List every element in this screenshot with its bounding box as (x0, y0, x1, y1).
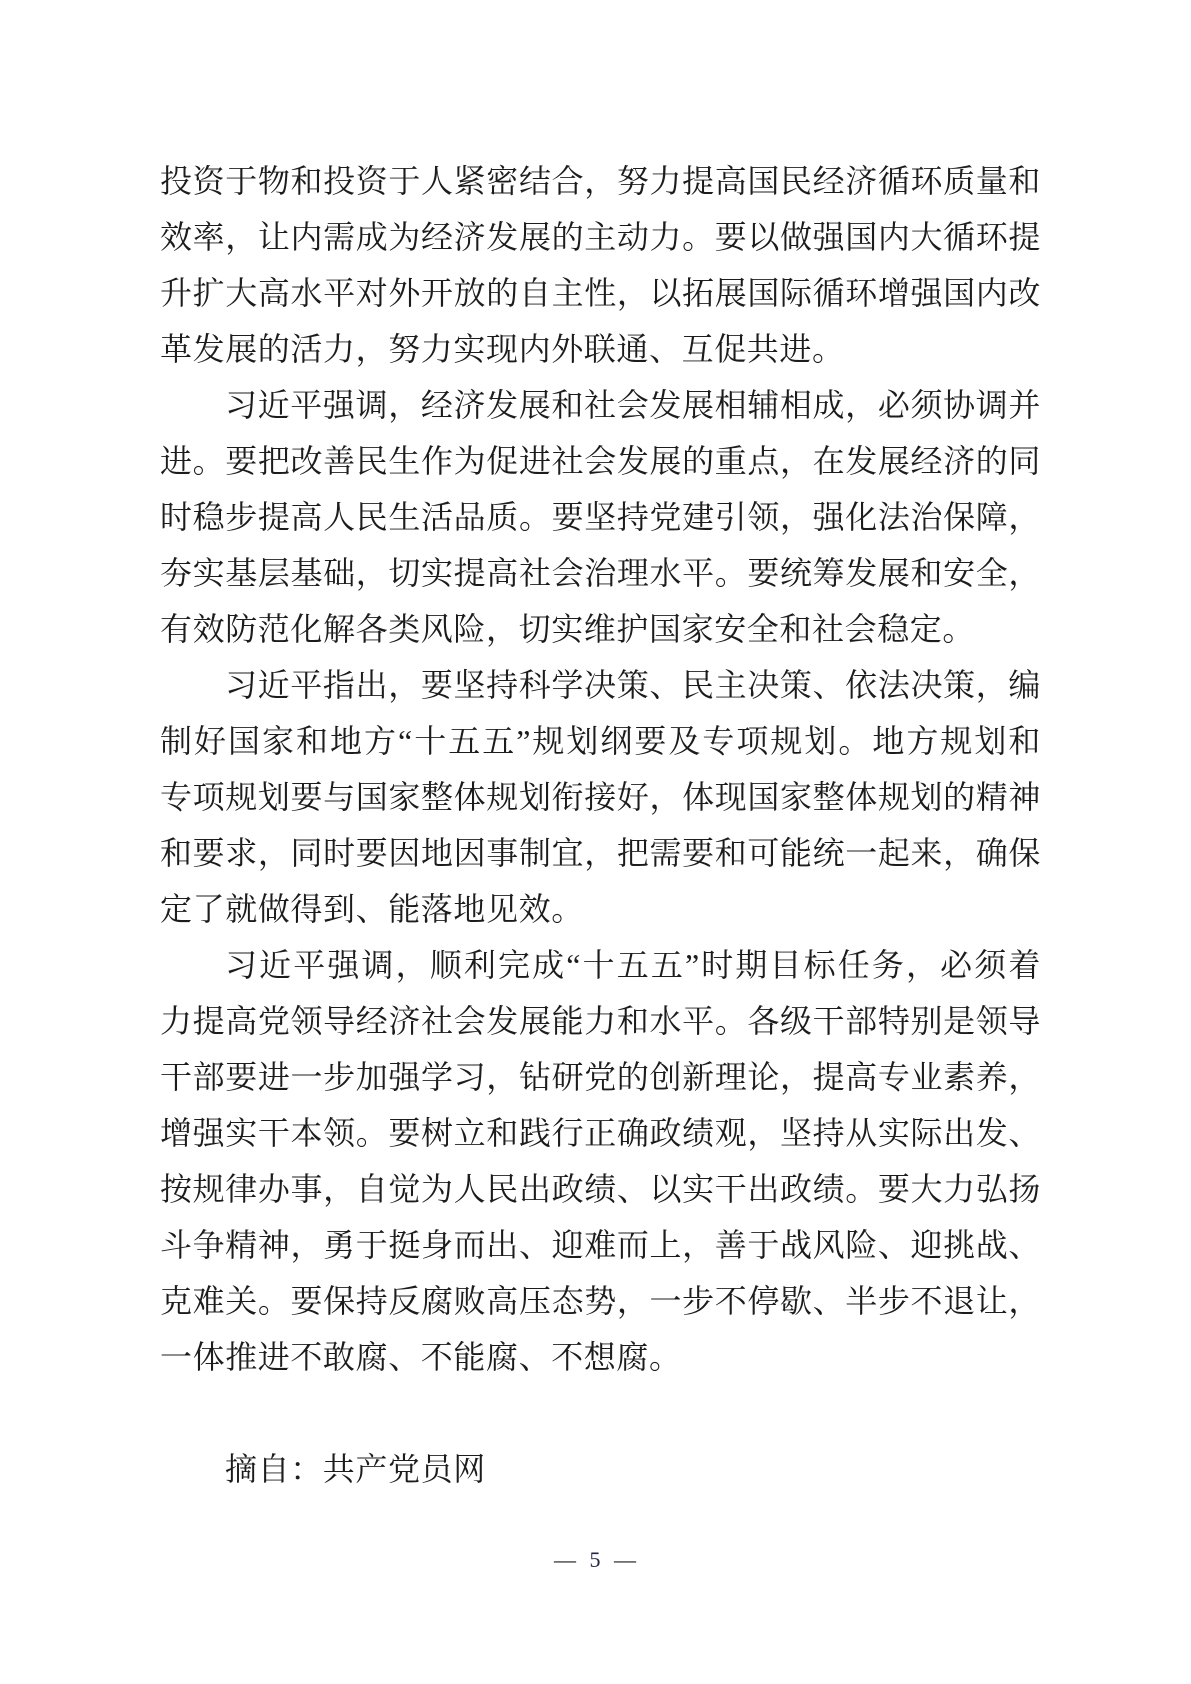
text-line: 和要求，同时要因地因事制宜，把需要和可能统一起来，确保 (160, 825, 1041, 881)
text-line: 按规律办事，自觉为人民出政绩、以实干出政绩。要大力弘扬 (160, 1161, 1041, 1217)
text-line: 有效防范化解各类风险，切实维护国家安全和社会稳定。 (160, 601, 1041, 657)
page-number: — 5 — (0, 1545, 1191, 1575)
text-line: 定了就做得到、能落地见效。 (160, 881, 1041, 937)
text-line: 增强实干本领。要树立和践行正确政绩观，坚持从实际出发、 (160, 1105, 1041, 1161)
text-line: 习近平指出，要坚持科学决策、民主决策、依法决策，编 (160, 657, 1041, 713)
document-body: 投资于物和投资于人紧密结合，努力提高国民经济循环质量和 效率，让内需成为经济发展… (160, 153, 1041, 1497)
attribution-line: 摘自：共产党员网 (160, 1441, 1041, 1497)
text-line: 进。要把改善民生作为促进社会发展的重点，在发展经济的同 (160, 433, 1041, 489)
text-line: 一体推进不敢腐、不能腐、不想腐。 (160, 1329, 1041, 1385)
text-line: 升扩大高水平对外开放的自主性，以拓展国际循环增强国内改 (160, 265, 1041, 321)
text-line: 干部要进一步加强学习，钻研党的创新理论，提高专业素养， (160, 1049, 1041, 1105)
text-line: 斗争精神，勇于挺身而出、迎难而上，善于战风险、迎挑战、 (160, 1217, 1041, 1273)
text-line: 习近平强调，经济发展和社会发展相辅相成，必须协调并 (160, 377, 1041, 433)
text-line: 制好国家和地方“十五五”规划纲要及专项规划。地方规划和 (160, 713, 1041, 769)
text-line: 时稳步提高人民生活品质。要坚持党建引领，强化法治保障， (160, 489, 1041, 545)
text-line: 专项规划要与国家整体规划衔接好，体现国家整体规划的精神 (160, 769, 1041, 825)
page-number-dash-left: — (554, 1547, 577, 1572)
text-line: 力提高党领导经济社会发展能力和水平。各级干部特别是领导 (160, 993, 1041, 1049)
page-number-dash-right: — (614, 1547, 637, 1572)
text-line: 克难关。要保持反腐败高压态势，一步不停歇、半步不退让， (160, 1273, 1041, 1329)
text-line: 革发展的活力，努力实现内外联通、互促共进。 (160, 321, 1041, 377)
text-line: 习近平强调，顺利完成“十五五”时期目标任务，必须着 (160, 937, 1041, 993)
page-number-value: 5 (590, 1547, 602, 1572)
text-line: 夯实基层基础，切实提高社会治理水平。要统筹发展和安全， (160, 545, 1041, 601)
blank-line (160, 1385, 1041, 1441)
text-line: 投资于物和投资于人紧密结合，努力提高国民经济循环质量和 (160, 153, 1041, 209)
text-line: 效率，让内需成为经济发展的主动力。要以做强国内大循环提 (160, 209, 1041, 265)
document-page: 投资于物和投资于人紧密结合，努力提高国民经济循环质量和 效率，让内需成为经济发展… (0, 0, 1191, 1684)
